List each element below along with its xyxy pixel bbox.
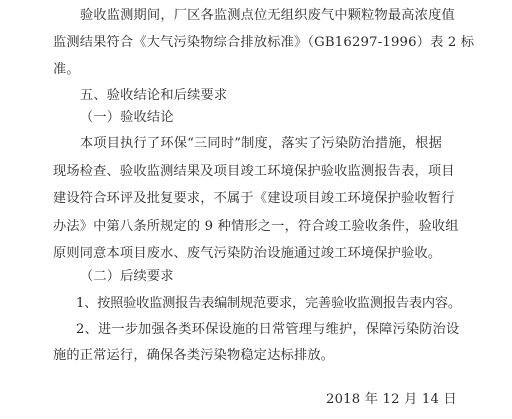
document-date: 2018 年 12 月 14 日 <box>326 391 457 409</box>
requirement-item-2-line-1: 2、进一步加强各类环保设施的日常管理与维护，保障污染防治设 <box>76 321 459 339</box>
conclusion-line-5: 原则同意本项目废水、废气污染防治设施通过竣工环境保护验收。 <box>53 245 441 263</box>
paragraph-emission-line-2: 监测结果符合《大气污染物综合排放标准》（GB16297-1996）表 2 标 <box>53 34 474 52</box>
conclusion-line-3: 建设符合环评及批复要求，不属于《建设项目竣工环境保护验收暂行 <box>53 190 455 208</box>
section-heading: 五、验收结论和后续要求 <box>80 87 227 105</box>
conclusion-line-4: 办法》中第八条所规定的 9 种情形之一，符合竣工验收条件，验收组 <box>53 218 459 236</box>
subsection-2-heading: （二）后续要求 <box>80 268 174 286</box>
requirement-item-1: 1、按照验收监测报告表编制规范要求，完善验收监测报告表内容。 <box>76 295 461 313</box>
paragraph-emission-line-3: 准。 <box>53 61 80 79</box>
conclusion-line-2: 现场检查、验收监测结果及项目竣工环境保护验收监测报告表，项目 <box>53 163 455 181</box>
paragraph-emission-line-1: 验收监测期间，厂区各监测点位无组织废气中颗粒物最高浓度值 <box>80 7 455 25</box>
conclusion-line-1: 本项目执行了环保“三同时”制度，落实了污染防治措施，根据 <box>80 135 442 153</box>
subsection-1-heading: （一）验收结论 <box>80 109 174 127</box>
requirement-item-2-line-2: 施的正常运行，确保各类污染物稳定达标排放。 <box>53 347 334 365</box>
